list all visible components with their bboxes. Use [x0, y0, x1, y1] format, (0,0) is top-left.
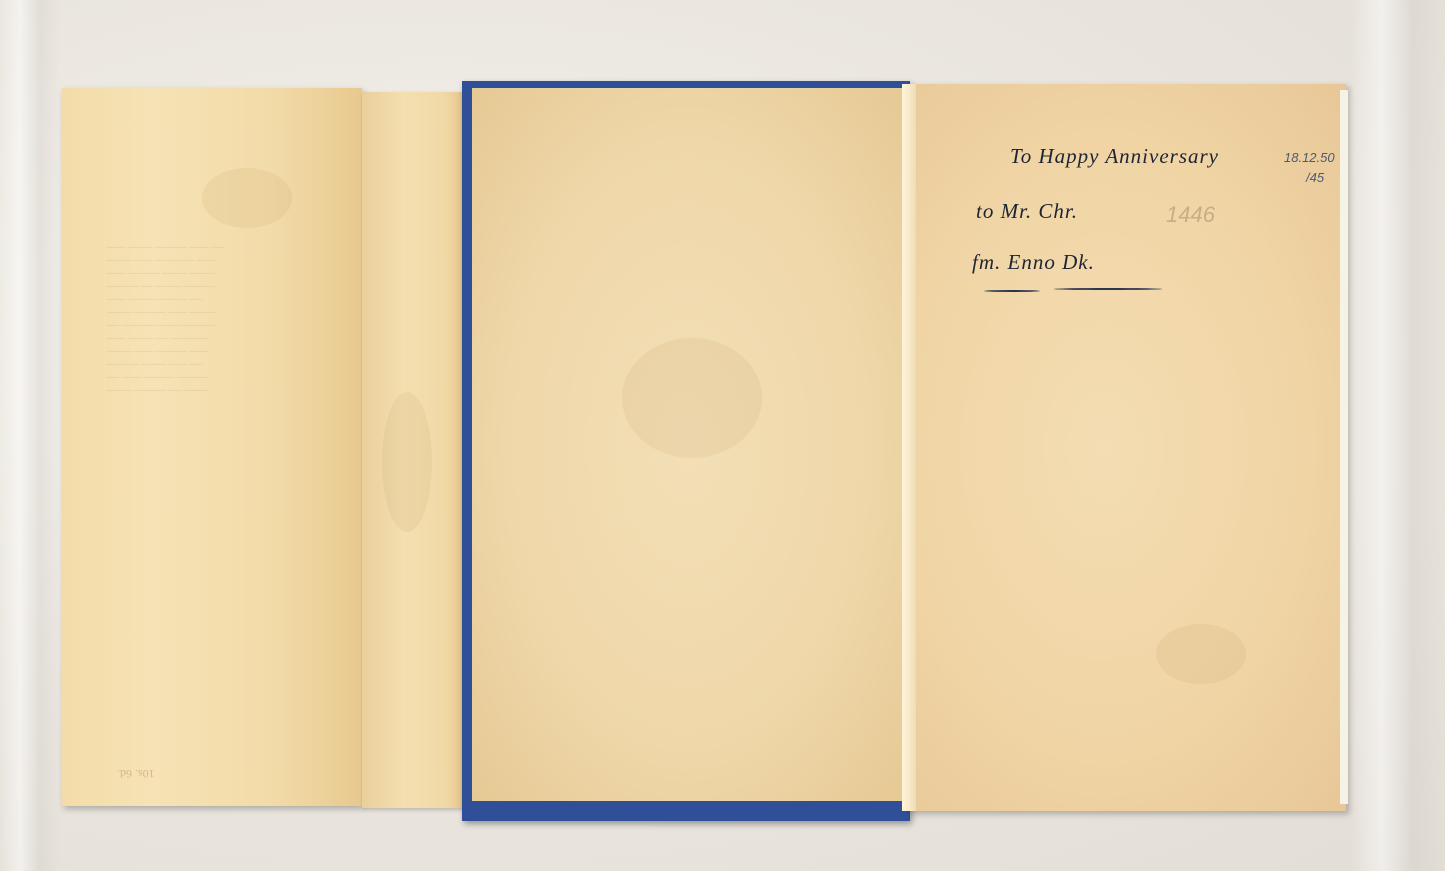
front-free-endpaper: To Happy Anniversary to Mr. Chr. fm. Enn…: [906, 84, 1346, 811]
stain: [202, 168, 292, 228]
inscription-line1: To Happy Anniversary: [1010, 144, 1219, 169]
cloth-fold: [0, 0, 60, 871]
inscription-date: 18.12.50: [1284, 150, 1335, 165]
dust-jacket-spine: [362, 92, 466, 808]
faint-pencil-note: 1446: [1166, 202, 1215, 228]
book-gutter: [902, 84, 916, 811]
cloth-fold: [1350, 0, 1445, 871]
dust-jacket-flap: ─── ──── ───── ─── ── ──── ─── ────── ──…: [62, 88, 362, 806]
jacket-flap-show-through-text: ─── ──── ───── ─── ── ──── ─── ────── ──…: [102, 228, 322, 410]
stain: [1156, 624, 1246, 684]
inscription-flourish: [1054, 288, 1162, 290]
page-block-edge: [1340, 90, 1348, 804]
inscription-line3: fm. Enno Dk.: [972, 250, 1095, 275]
stain: [622, 338, 762, 458]
pastedown-endpaper: [472, 88, 902, 801]
jacket-price-inverted: 10s. 6d.: [117, 766, 155, 781]
stain: [382, 392, 432, 532]
pencil-price: /45: [1306, 170, 1324, 185]
inscription-flourish: [984, 290, 1040, 292]
inscription-line2: to Mr. Chr.: [976, 199, 1078, 224]
